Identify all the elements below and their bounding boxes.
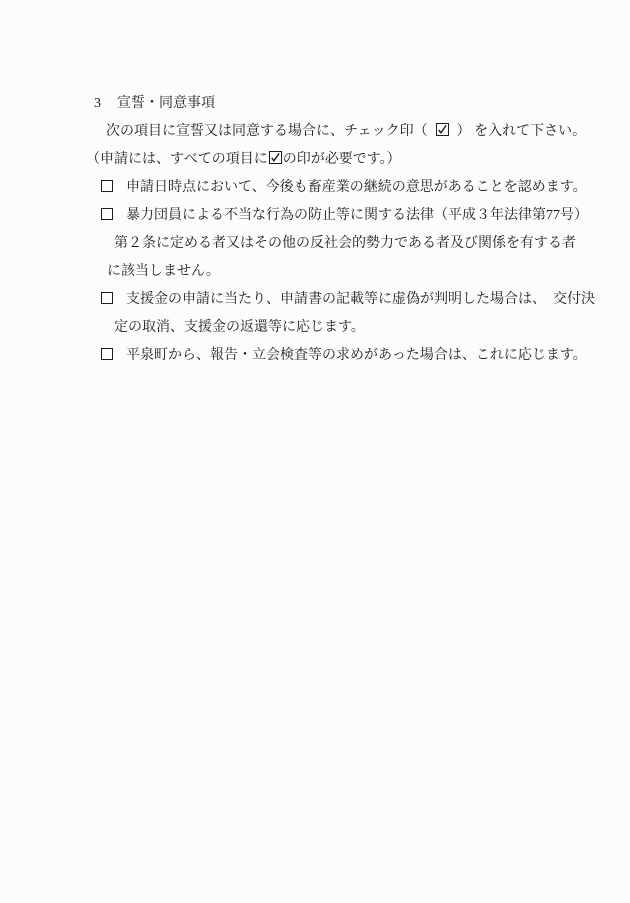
intro-line-2-text-after: の印が必要です。）: [283, 152, 401, 167]
pledge-item-3-text-line-2: 定の取消、支援金の返還等に応じます。: [114, 320, 365, 335]
pledge-item-3-text-line-1: 支援金の申請に当たり、申請書の記載等に虚偽が判明した場合は、 交付決: [126, 292, 595, 307]
checked-checkbox-icon: [436, 123, 449, 136]
empty-checkbox[interactable]: [101, 208, 113, 220]
empty-checkbox[interactable]: [101, 348, 113, 360]
empty-checkbox[interactable]: [101, 180, 113, 192]
empty-checkbox[interactable]: [101, 292, 113, 304]
document-page: 3宣誓・同意事項 次の項目に宣誓又は同意する場合に、チェック印（） を入れて下さ…: [0, 0, 630, 903]
pledge-item-2-text-line-2: 第２条に定める者又はその他の反社会的勢力である者及び関係を有する者: [114, 236, 576, 251]
pledge-item-1-text: 申請日時点において、今後も畜産業の継続の意思があることを認めます。: [126, 180, 587, 195]
checked-checkbox-icon: [269, 151, 282, 164]
section-title: 宣誓・同意事項: [117, 96, 215, 111]
pledge-item-4-text: 平泉町から、報告・立会検査等の求めがあった場合は、これに応じます。: [126, 348, 587, 363]
section-heading: 3宣誓・同意事項: [0, 62, 630, 90]
intro-line-2-text-before: （申請には、すべての項目に: [86, 152, 268, 167]
pledge-item-2-text-line-3: に該当しません。: [107, 264, 220, 279]
pledge-item-2-text-line-1: 暴力団員による不当な行為の防止等に関する法律（平成３年法律第77号）: [126, 208, 588, 223]
intro-line-1-text-before: 次の項目に宣誓又は同意する場合に、チェック印（: [106, 124, 428, 139]
intro-line-1-text-after: ） を入れて下さい。: [457, 124, 587, 139]
section-number: 3: [94, 90, 101, 118]
